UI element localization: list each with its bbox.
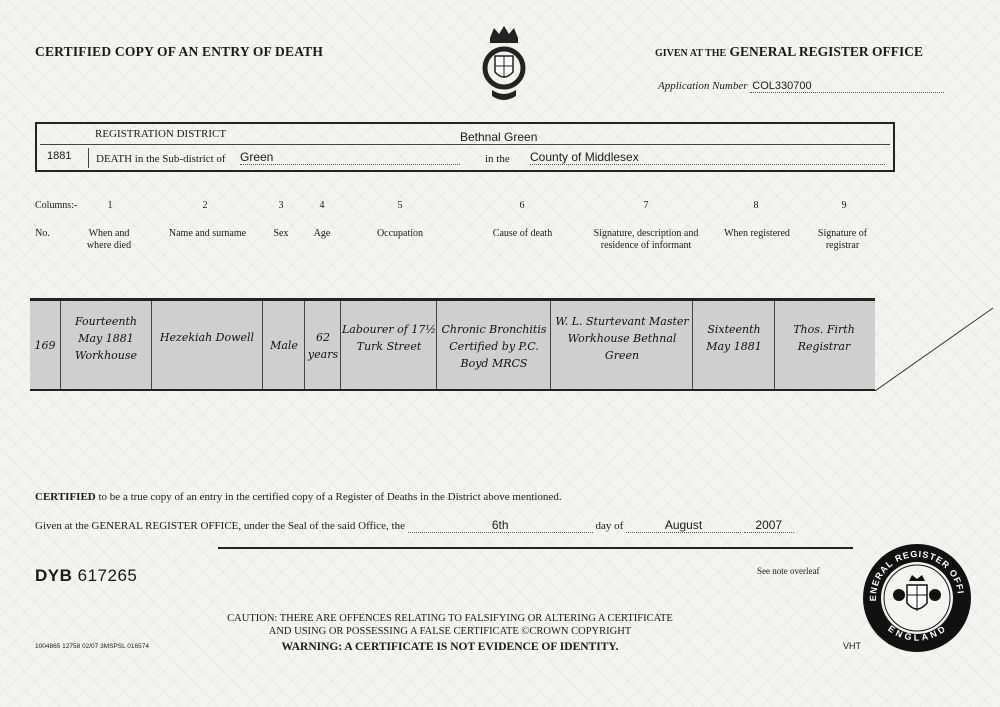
- issuing-office: GIVEN AT THE GENERAL REGISTER OFFICE: [655, 44, 923, 60]
- column-number: 9: [839, 200, 849, 212]
- column-header-age: Age: [307, 228, 337, 240]
- column-header-sex: Sex: [266, 228, 296, 240]
- column-header-registrar: Signature of registrar: [805, 228, 880, 252]
- entry-cause: Chronic Bronchitis Certified by P.C. Boy…: [438, 321, 550, 372]
- subdistrict-label: DEATH in the Sub-district of: [96, 153, 226, 165]
- column-header-informant: Signature, description and residence of …: [582, 228, 710, 252]
- divider: [218, 547, 853, 549]
- entry-row: 169 Fourteenth May 1881 Workhouse Hezeki…: [30, 298, 875, 391]
- certification-statement: CERTIFIED to be a true copy of an entry …: [35, 491, 562, 503]
- serial-number: DYB 617265: [35, 566, 137, 586]
- entry-age: 62 years: [306, 329, 340, 363]
- divider: [88, 148, 89, 168]
- vht-mark: VHT: [843, 641, 861, 651]
- warning-notice: WARNING: A CERTIFICATE IS NOT EVIDENCE O…: [200, 641, 700, 653]
- entry-when-where: Fourteenth May 1881 Workhouse: [62, 313, 150, 364]
- column-header-occupation: Occupation: [350, 228, 450, 240]
- column-header-when-where: When and where died: [78, 228, 140, 252]
- cancellation-line: [875, 298, 995, 391]
- gro-seal-icon: GENERAL REGISTER OFFICE ENGLAND: [862, 543, 972, 653]
- registration-district-label: REGISTRATION DISTRICT: [95, 128, 226, 140]
- entry-sex: Male: [264, 337, 304, 354]
- registration-year: 1881: [47, 150, 71, 162]
- caution-notice: CAUTION: THERE ARE OFFENCES RELATING TO …: [200, 612, 700, 638]
- column-number: 4: [317, 200, 327, 212]
- columns-label: Columns:-: [35, 200, 77, 212]
- application-number: Application Number COL330700: [658, 80, 944, 93]
- column-header-cause: Cause of death: [470, 228, 575, 240]
- entry-when-registered: Sixteenth May 1881: [694, 321, 774, 355]
- column-header-name: Name and surname: [155, 228, 260, 240]
- column-number: 1: [105, 200, 115, 212]
- see-note-overleaf: See note overleaf: [757, 566, 819, 576]
- issue-year: 2007: [744, 518, 794, 533]
- application-number-value: COL330700: [750, 80, 944, 93]
- subdistrict-value: Green: [240, 150, 460, 165]
- county-value: County of Middlesex: [530, 150, 885, 165]
- column-number: 3: [276, 200, 286, 212]
- entry-registrar: Thos. Firth Registrar: [776, 321, 872, 355]
- entry-occupation: Labourer of 17½ Turk Street: [342, 321, 436, 355]
- column-header-when-registered: When registered: [722, 228, 792, 240]
- in-the-label: in the: [485, 153, 510, 165]
- column-header-no: No.: [30, 228, 55, 240]
- issue-date-statement: Given at the GENERAL REGISTER OFFICE, un…: [35, 518, 794, 533]
- entry-informant: W. L. Sturtevant Master Workhouse Bethna…: [552, 313, 692, 364]
- royal-crest-icon: [476, 24, 532, 104]
- print-code: 1004865 12758 02/07 3MSPSL 016574: [35, 643, 149, 650]
- registration-district-value: Bethnal Green: [460, 130, 537, 144]
- issue-month: August: [626, 518, 741, 533]
- column-number: 6: [517, 200, 527, 212]
- divider: [40, 144, 890, 145]
- column-number: 7: [641, 200, 651, 212]
- entry-name: Hezekiah Dowell: [154, 329, 260, 346]
- column-number: 2: [200, 200, 210, 212]
- certificate-title: CERTIFIED COPY OF AN ENTRY OF DEATH: [35, 44, 323, 60]
- entry-number: 169: [30, 337, 60, 354]
- column-number: 8: [751, 200, 761, 212]
- issue-day: 6th: [408, 518, 593, 533]
- column-number: 5: [395, 200, 405, 212]
